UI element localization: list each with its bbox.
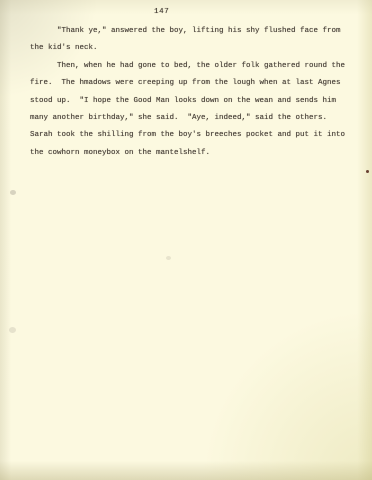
typescript-text-block: "Thank ye," answered the boy, lifting hi… [30,23,360,162]
typescript-page: 147 "Thank ye," answered the boy, liftin… [0,0,372,480]
typescript-line: "Thank ye," answered the boy, lifting hi… [30,23,360,40]
typescript-line: fire. The hmadows were creeping up from … [30,75,360,92]
typescript-line: the cowhorn moneybox on the mantelshelf. [30,145,360,162]
typescript-line: Then, when he had gone to bed, the older… [30,58,360,75]
ink-speck [366,170,369,173]
typescript-line: many another birthday," she said. "Aye, … [30,110,360,127]
typescript-line: the kid's neck. [30,40,360,57]
paper-smudge [10,190,16,195]
paper-smudge [166,256,171,260]
paper-smudge [9,327,16,333]
typescript-line: Sarah took the shilling from the boy's b… [30,127,360,144]
page-number: 147 [154,8,169,16]
typescript-line: stood up. "I hope the Good Man looks dow… [30,93,360,110]
